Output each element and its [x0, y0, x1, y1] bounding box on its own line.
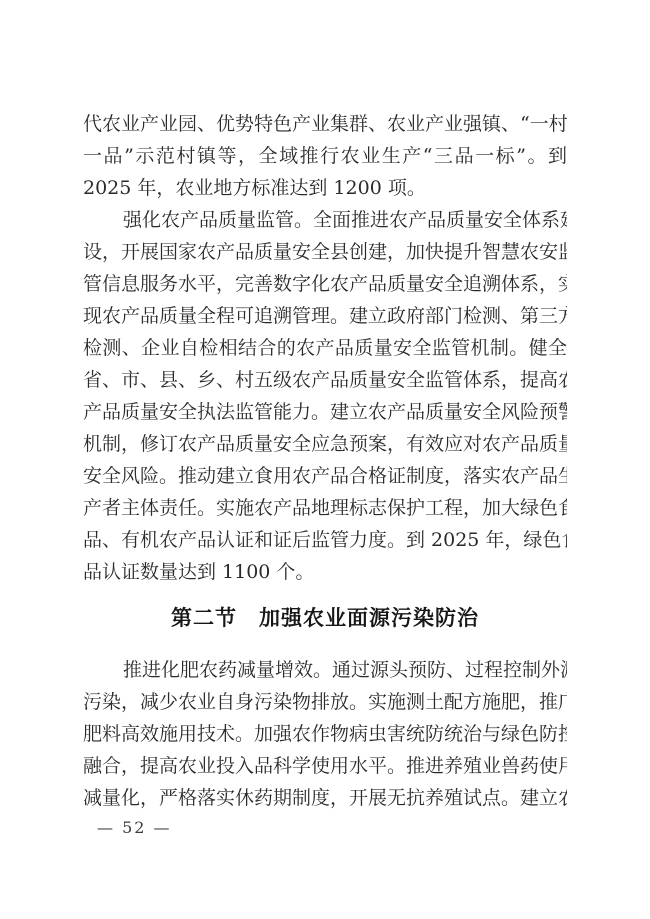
section-heading: 第二节 加强农业面源污染防治	[83, 602, 567, 634]
body-line: 检测、企业自检相结合的农产品质量安全监管机制。健全	[83, 332, 567, 364]
body-line: 2025 年，农业地方标准达到 1200 项。	[83, 172, 567, 204]
document-body: 代农业产业园、优势特色产业集群、农业产业强镇、“一村 一品”示范村镇等，全域推行…	[83, 108, 567, 814]
body-line: 强化农产品质量监管。全面推进农产品质量安全体系建	[83, 204, 567, 236]
body-line: 肥料高效施用技术。加强农作物病虫害统防统治与绿色防控	[83, 718, 567, 750]
body-line: 产者主体责任。实施农产品地理标志保护工程，加大绿色食	[83, 492, 567, 524]
paragraph-continued: 代农业产业园、优势特色产业集群、农业产业强镇、“一村 一品”示范村镇等，全域推行…	[83, 108, 567, 204]
paragraph-quality-supervision: 强化农产品质量监管。全面推进农产品质量安全体系建 设，开展国家农产品质量安全县创…	[83, 204, 567, 588]
body-line: 品认证数量达到 1100 个。	[83, 556, 567, 588]
body-line: 管信息服务水平，完善数字化农产品质量安全追溯体系，实	[83, 268, 567, 300]
body-line: 现农产品质量全程可追溯管理。建立政府部门检测、第三方	[83, 300, 567, 332]
body-line: 一品”示范村镇等，全域推行农业生产“三品一标”。到	[83, 140, 567, 172]
page-number: — 52 —	[97, 818, 172, 838]
body-line: 品、有机农产品认证和证后监管力度。到 2025 年，绿色食	[83, 524, 567, 556]
body-line: 安全风险。推动建立食用农产品合格证制度，落实农产品生	[83, 460, 567, 492]
body-line: 代农业产业园、优势特色产业集群、农业产业强镇、“一村	[83, 108, 567, 140]
document-page: 代农业产业园、优势特色产业集群、农业产业强镇、“一村 一品”示范村镇等，全域推行…	[0, 0, 650, 919]
body-line: 省、市、县、乡、村五级农产品质量安全监管体系，提高农	[83, 364, 567, 396]
body-line: 融合，提高农业投入品科学使用水平。推进养殖业兽药使用	[83, 750, 567, 782]
body-line: 减量化，严格落实休药期制度，开展无抗养殖试点。建立农	[83, 782, 567, 814]
body-line: 推进化肥农药减量增效。通过源头预防、过程控制外源	[83, 654, 567, 686]
paragraph-pollution-control: 推进化肥农药减量增效。通过源头预防、过程控制外源 污染，减少农业自身污染物排放。…	[83, 654, 567, 814]
body-line: 设，开展国家农产品质量安全县创建，加快提升智慧农安监	[83, 236, 567, 268]
body-line: 产品质量安全执法监管能力。建立农产品质量安全风险预警	[83, 396, 567, 428]
body-line: 污染，减少农业自身污染物排放。实施测土配方施肥，推广	[83, 686, 567, 718]
body-line: 机制，修订农产品质量安全应急预案，有效应对农产品质量	[83, 428, 567, 460]
